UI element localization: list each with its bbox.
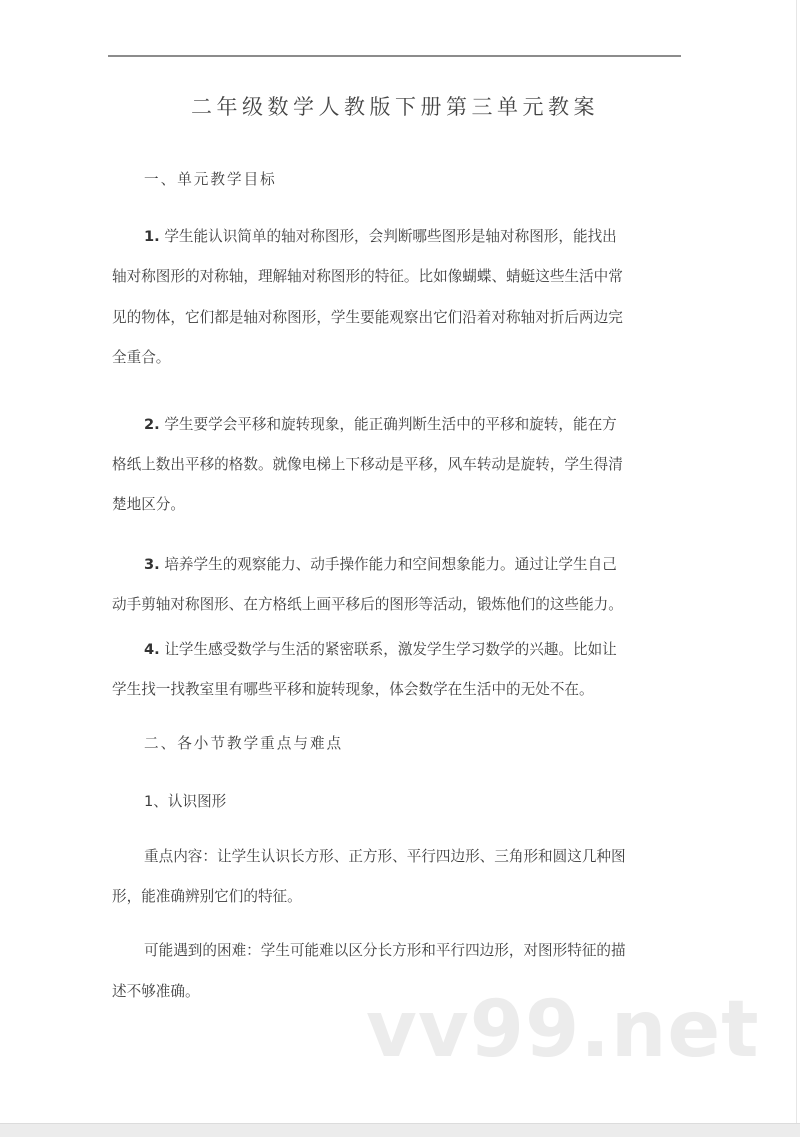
objective-2-line-2: 格纸上数出平移的格数。就像电梯上下移动是平移，风车转动是旋转，学生得清	[112, 455, 682, 475]
header-rule	[108, 55, 681, 57]
objective-3-line-1: 3. 培养学生的观察能力、动手操作能力和空间想象能力。通过让学生自己	[144, 555, 714, 575]
objective-2-line-1: 2. 学生要学会平移和旋转现象，能正确判断生活中的平移和旋转，能在方	[144, 415, 714, 435]
key-points-line-2: 形，能准确辨别它们的特征。	[112, 887, 682, 907]
difficulties-line-1: 可能遇到的困难：学生可能难以区分长方形和平行四边形，对图形特征的描	[144, 941, 714, 961]
objective-number: 2.	[144, 416, 160, 433]
page-bottom-edge	[0, 1123, 800, 1137]
objective-2-line-3: 楚地区分。	[112, 495, 682, 515]
page-border	[796, 0, 797, 1124]
objective-number: 3.	[144, 556, 160, 573]
document-title: 二年级数学人教版下册第三单元教案	[0, 94, 790, 120]
section-heading-key-points: 二、各小节教学重点与难点	[144, 734, 714, 754]
objective-number: 1.	[144, 228, 160, 245]
section-heading-objectives: 一、单元教学目标	[144, 170, 714, 190]
objective-4-line-2: 学生找一找教室里有哪些平移和旋转现象，体会数学在生活中的无处不在。	[112, 680, 682, 700]
objective-1-line-2: 轴对称图形的对称轴，理解轴对称图形的特征。比如像蝴蝶、蜻蜓这些生活中常	[112, 267, 682, 287]
objective-1-line-4: 全重合。	[112, 348, 682, 368]
objective-1-line-1: 1. 学生能认识简单的轴对称图形，会判断哪些图形是轴对称图形，能找出	[144, 227, 714, 247]
subsection-heading-shapes: 1、认识图形	[144, 792, 714, 812]
key-points-line-1: 重点内容：让学生认识长方形、正方形、平行四边形、三角形和圆这几种图	[144, 847, 714, 867]
objective-1-line-3: 见的物体，它们都是轴对称图形，学生要能观察出它们沿着对称轴对折后两边完	[112, 308, 682, 328]
objective-3-line-2: 动手剪轴对称图形、在方格纸上画平移后的图形等活动，锻炼他们的这些能力。	[112, 595, 682, 615]
objective-number: 4.	[144, 641, 160, 658]
watermark: vv99.net	[366, 990, 760, 1070]
objective-4-line-1: 4. 让学生感受数学与生活的紧密联系，激发学生学习数学的兴趣。比如让	[144, 640, 714, 660]
